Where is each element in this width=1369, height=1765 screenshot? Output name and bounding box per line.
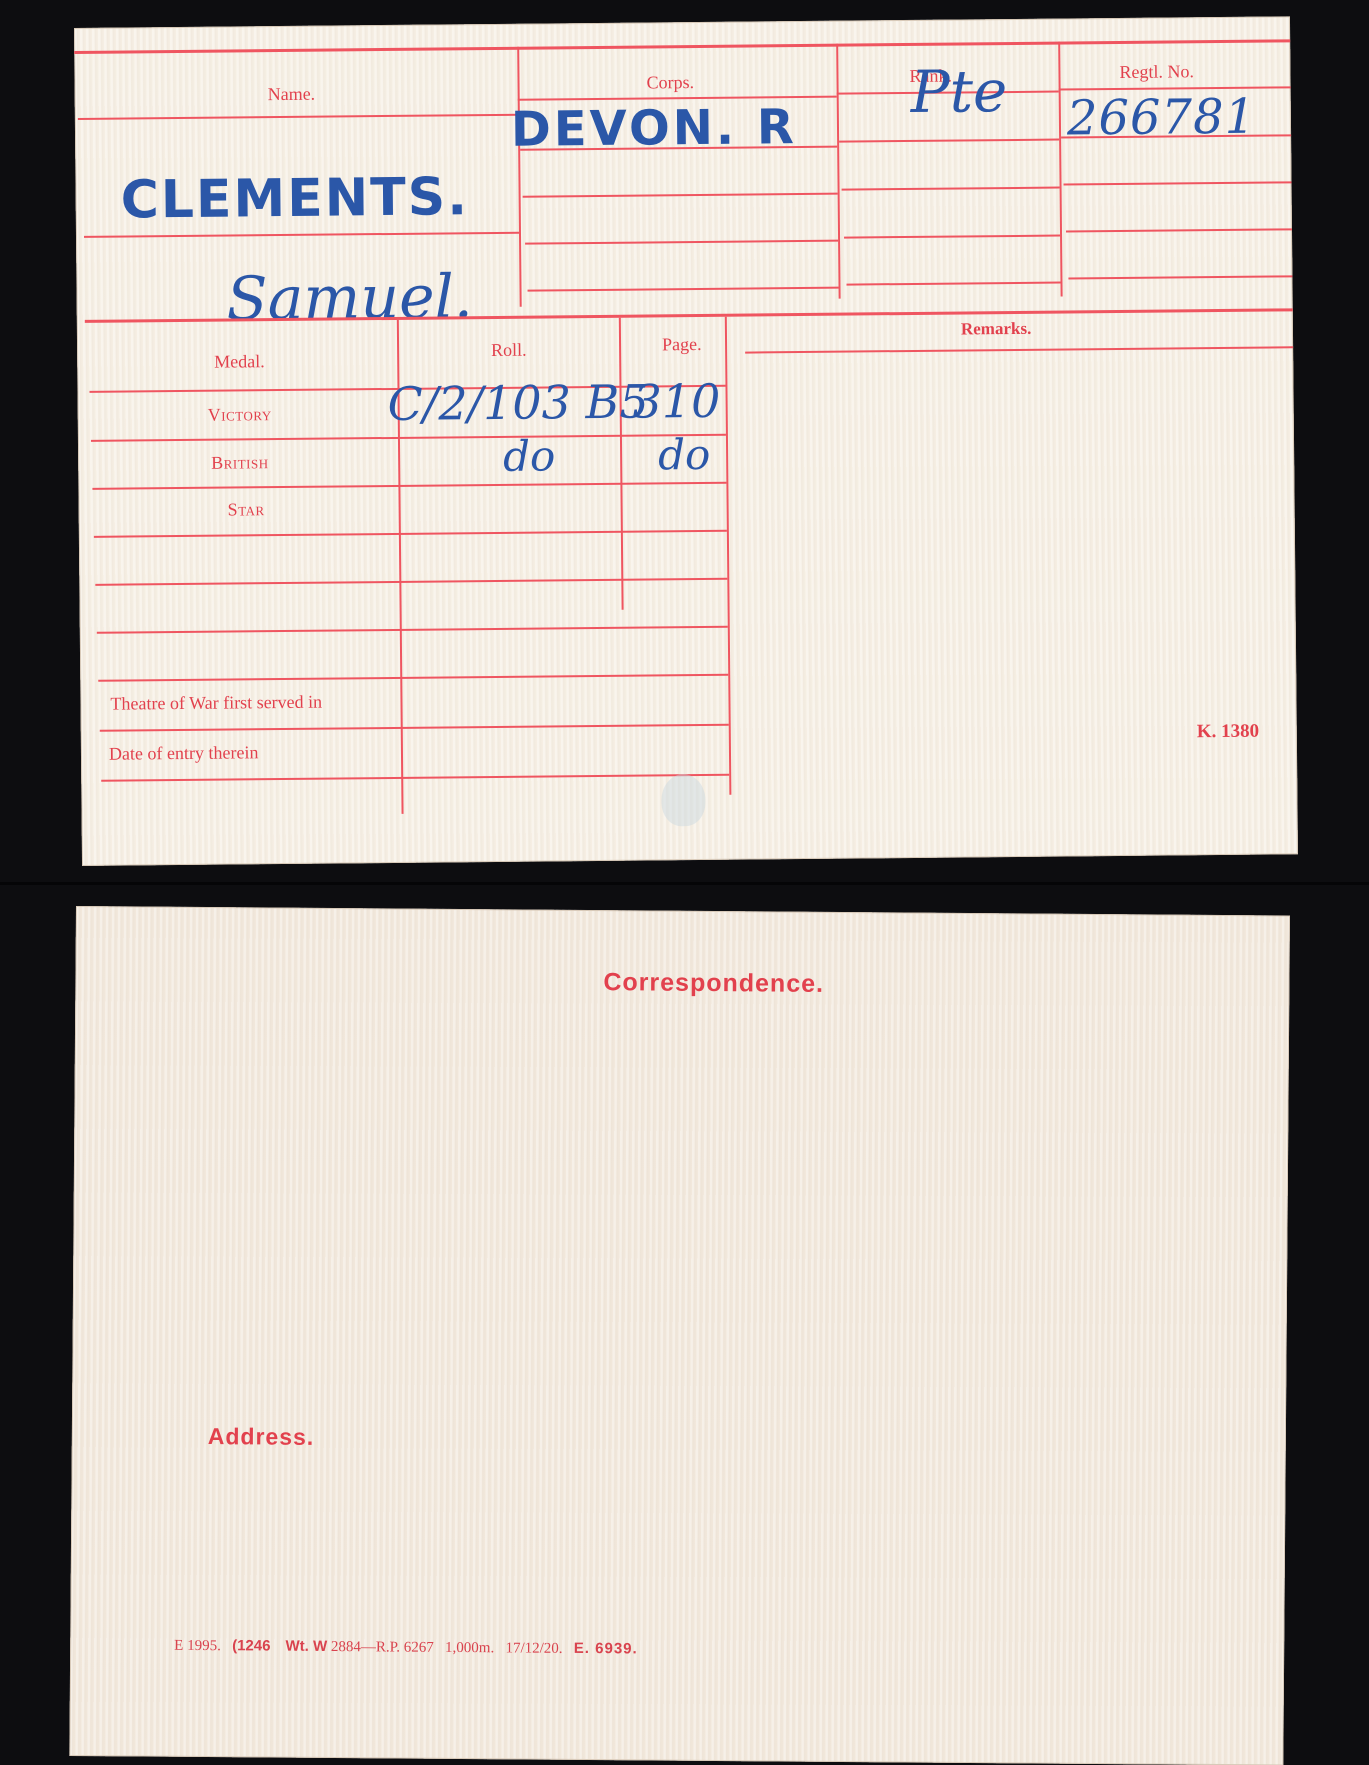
corps-header: Corps. [646,72,694,93]
forename-handwritten: Samuel. [226,262,473,334]
remarks-header: Remarks. [961,319,1032,340]
rule [842,187,1060,191]
imprint-part: (1246 [232,1637,271,1654]
medal-victory: Victory [208,404,272,426]
rule [92,482,726,490]
form-number: K. 1380 [1197,721,1259,744]
rule [525,240,838,245]
printer-imprint: E 1995. (1246 Wt. W 2884—R.P. 6267 1,000… [174,1637,638,1659]
rule [100,724,729,732]
rank-handwritten: Pte [910,57,1007,126]
medal-star: Star [228,499,265,520]
surname-handwritten: CLEMENTS. [120,167,469,230]
regtl-no-handwritten: 266781 [1067,89,1257,147]
rule [94,530,727,538]
watermark-stamp [661,774,705,826]
rule [84,232,519,238]
rule [91,434,726,442]
rule [74,39,1290,54]
rule [101,774,729,782]
scan-divider [0,882,1369,885]
medal-header: Medal. [214,351,265,372]
medal-british: British [211,452,269,474]
rule [523,193,838,198]
address-label: Address. [208,1423,315,1451]
british-page: do [658,430,711,479]
rule [844,235,1060,239]
british-roll: do [503,431,556,480]
theatre-label: Theatre of War first served in [110,692,322,715]
correspondence-label: Correspondence. [603,968,824,999]
rule [97,626,728,634]
imprint-part: 17/12/20. [505,1640,562,1656]
imprint-part: E 1995. [174,1638,221,1654]
column-divider [517,47,521,307]
rule [95,578,727,586]
rule [78,114,518,120]
column-divider [836,44,840,299]
imprint-part: 1,000m. [445,1640,494,1656]
victory-page: 310 [632,374,720,429]
roll-header: Roll. [491,340,527,361]
column-divider [619,318,624,610]
regtl-no-header: Regtl. No. [1119,61,1194,83]
rule [1066,228,1292,232]
date-of-entry-label: Date of entry therein [109,742,259,764]
corps-handwritten: DEVON. R [511,99,797,158]
rule [528,287,839,292]
page-header: Page. [662,334,702,355]
imprint-part: 2884—R.P. 6267 [331,1639,434,1656]
imprint-part: Wt. W [285,1638,327,1655]
medal-card-front: Name. Corps. Rank. Regtl. No. CLEMENTS. … [74,16,1298,866]
name-header: Name. [268,84,316,105]
rule [98,674,728,682]
rule [745,346,1293,353]
column-divider [1058,42,1062,297]
imprint-part: E. 6939. [574,1640,638,1658]
rule [1068,275,1292,279]
rule [1064,181,1292,185]
victory-roll: C/2/103 B5 [387,375,648,432]
medal-card-back: Correspondence. Address. E 1995. (1246 W… [69,906,1290,1765]
rule [846,282,1060,286]
rule [839,139,1059,143]
